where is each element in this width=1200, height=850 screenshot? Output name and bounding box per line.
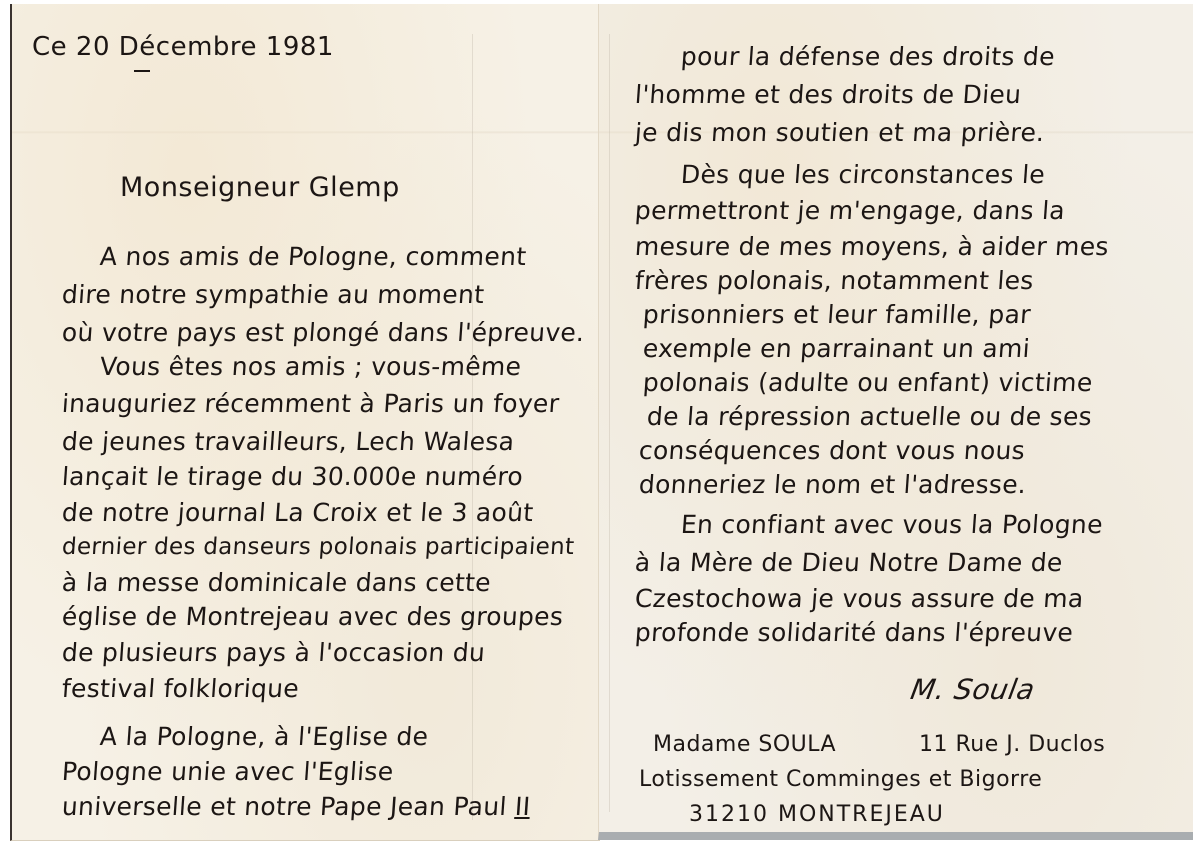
- letter-line: mesure de mes moyens, à aider mes: [634, 234, 1110, 259]
- letter-line: Pologne unie avec l'Eglise: [61, 759, 394, 784]
- letter-line: exemple en parrainant un ami: [642, 336, 1031, 361]
- letter-line: donneriez le nom et l'adresse.: [638, 472, 1027, 497]
- letter-line: festival folklorique: [61, 676, 300, 701]
- salutation: Monseigneur Glemp: [120, 174, 400, 201]
- date-underline: [134, 70, 150, 72]
- letter-line: où votre pays est plongé dans l'épreuve.: [61, 320, 585, 345]
- letter-line: universelle et notre Pape Jean Paul II: [61, 794, 531, 819]
- letter-line: En confiant avec vous la Pologne: [680, 512, 1104, 537]
- letter-line: à la messe dominicale dans cette: [61, 570, 492, 595]
- letter-line: frères polonais, notamment les: [634, 268, 1034, 293]
- letter-line: de jeunes travailleurs, Lech Walesa: [61, 429, 515, 454]
- letter-line: à la Mère de Dieu Notre Dame de: [634, 550, 1063, 575]
- letter-line: prisonniers et leur famille, par: [642, 302, 1032, 327]
- letter-line: de notre journal La Croix et le 3 août: [61, 500, 534, 525]
- sender-subdivision: Lotissement Comminges et Bigorre: [639, 769, 1042, 791]
- letter-line: Dès que les circonstances le: [680, 162, 1046, 187]
- letter-line: conséquences dont vous nous: [638, 438, 1026, 463]
- letter-line: polonais (adulte ou enfant) victime: [642, 370, 1093, 395]
- right-page: pour la défense des droits de l'homme et…: [598, 4, 1193, 840]
- left-page: Ce 20 Décembre 1981 Monseigneur Glemp A …: [10, 4, 600, 841]
- letter-date: Ce 20 Décembre 1981: [32, 34, 334, 60]
- letter-line: de la répression actuelle ou de ses: [646, 404, 1093, 429]
- letter-line: permettront je m'engage, dans la: [634, 198, 1066, 223]
- letter-line: lançait le tirage du 30.000e numéro: [61, 464, 524, 489]
- sender-name: Madame SOULA: [653, 734, 836, 756]
- letter-line: l'homme et des droits de Dieu: [634, 82, 1022, 107]
- signature: M. Soula: [909, 676, 1037, 704]
- paper-fold: [609, 34, 610, 812]
- letter-line: A la Pologne, à l'Eglise de: [99, 724, 429, 749]
- letter-line: pour la défense des droits de: [680, 44, 1056, 69]
- pope-numeral: II: [514, 792, 531, 821]
- letter-line: église de Montrejeau avec des groupes: [61, 604, 564, 629]
- letter-line: dire notre sympathie au moment: [61, 282, 485, 307]
- letter-line: Vous êtes nos amis ; vous-même: [99, 354, 522, 379]
- letter-line: inauguriez récemment à Paris un foyer: [61, 391, 560, 416]
- letter-line: Czestochowa je vous assure de ma: [634, 586, 1084, 611]
- letter-line-text: universelle et notre Pape Jean Paul: [61, 792, 508, 821]
- letter-line: dernier des danseurs polonais participai…: [61, 536, 575, 559]
- sender-city: 31210 MONTREJEAU: [689, 804, 945, 826]
- letter-scan: Ce 20 Décembre 1981 Monseigneur Glemp A …: [0, 0, 1200, 850]
- letter-line: profonde solidarité dans l'épreuve: [634, 620, 1074, 645]
- letter-line: de plusieurs pays à l'occasion du: [61, 640, 486, 665]
- letter-line: A nos amis de Pologne, comment: [99, 244, 527, 269]
- letter-line: je dis mon soutien et ma prière.: [634, 120, 1045, 145]
- sender-street: 11 Rue J. Duclos: [919, 734, 1105, 756]
